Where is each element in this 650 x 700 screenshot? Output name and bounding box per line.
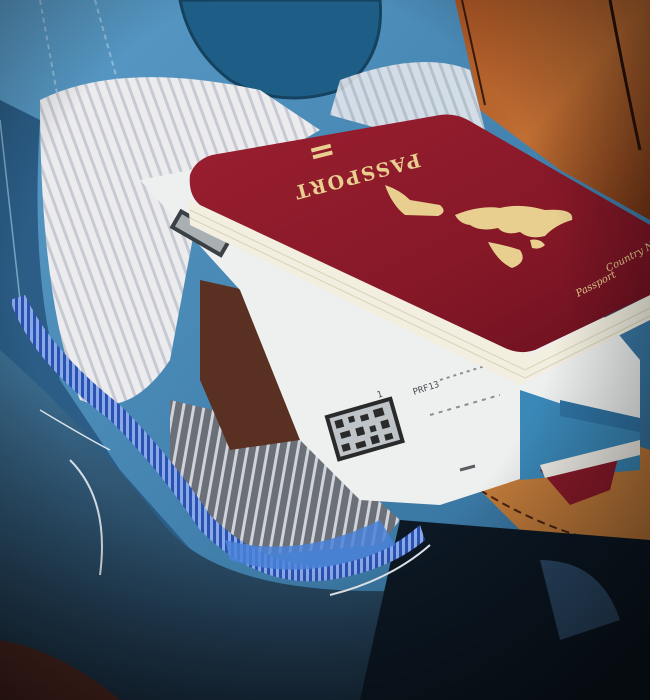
photo-scene: PRF13 1 PASSPORT Country Name Passport (0, 0, 650, 700)
photo-illustration: PRF13 1 PASSPORT Country Name Passport (0, 0, 650, 700)
